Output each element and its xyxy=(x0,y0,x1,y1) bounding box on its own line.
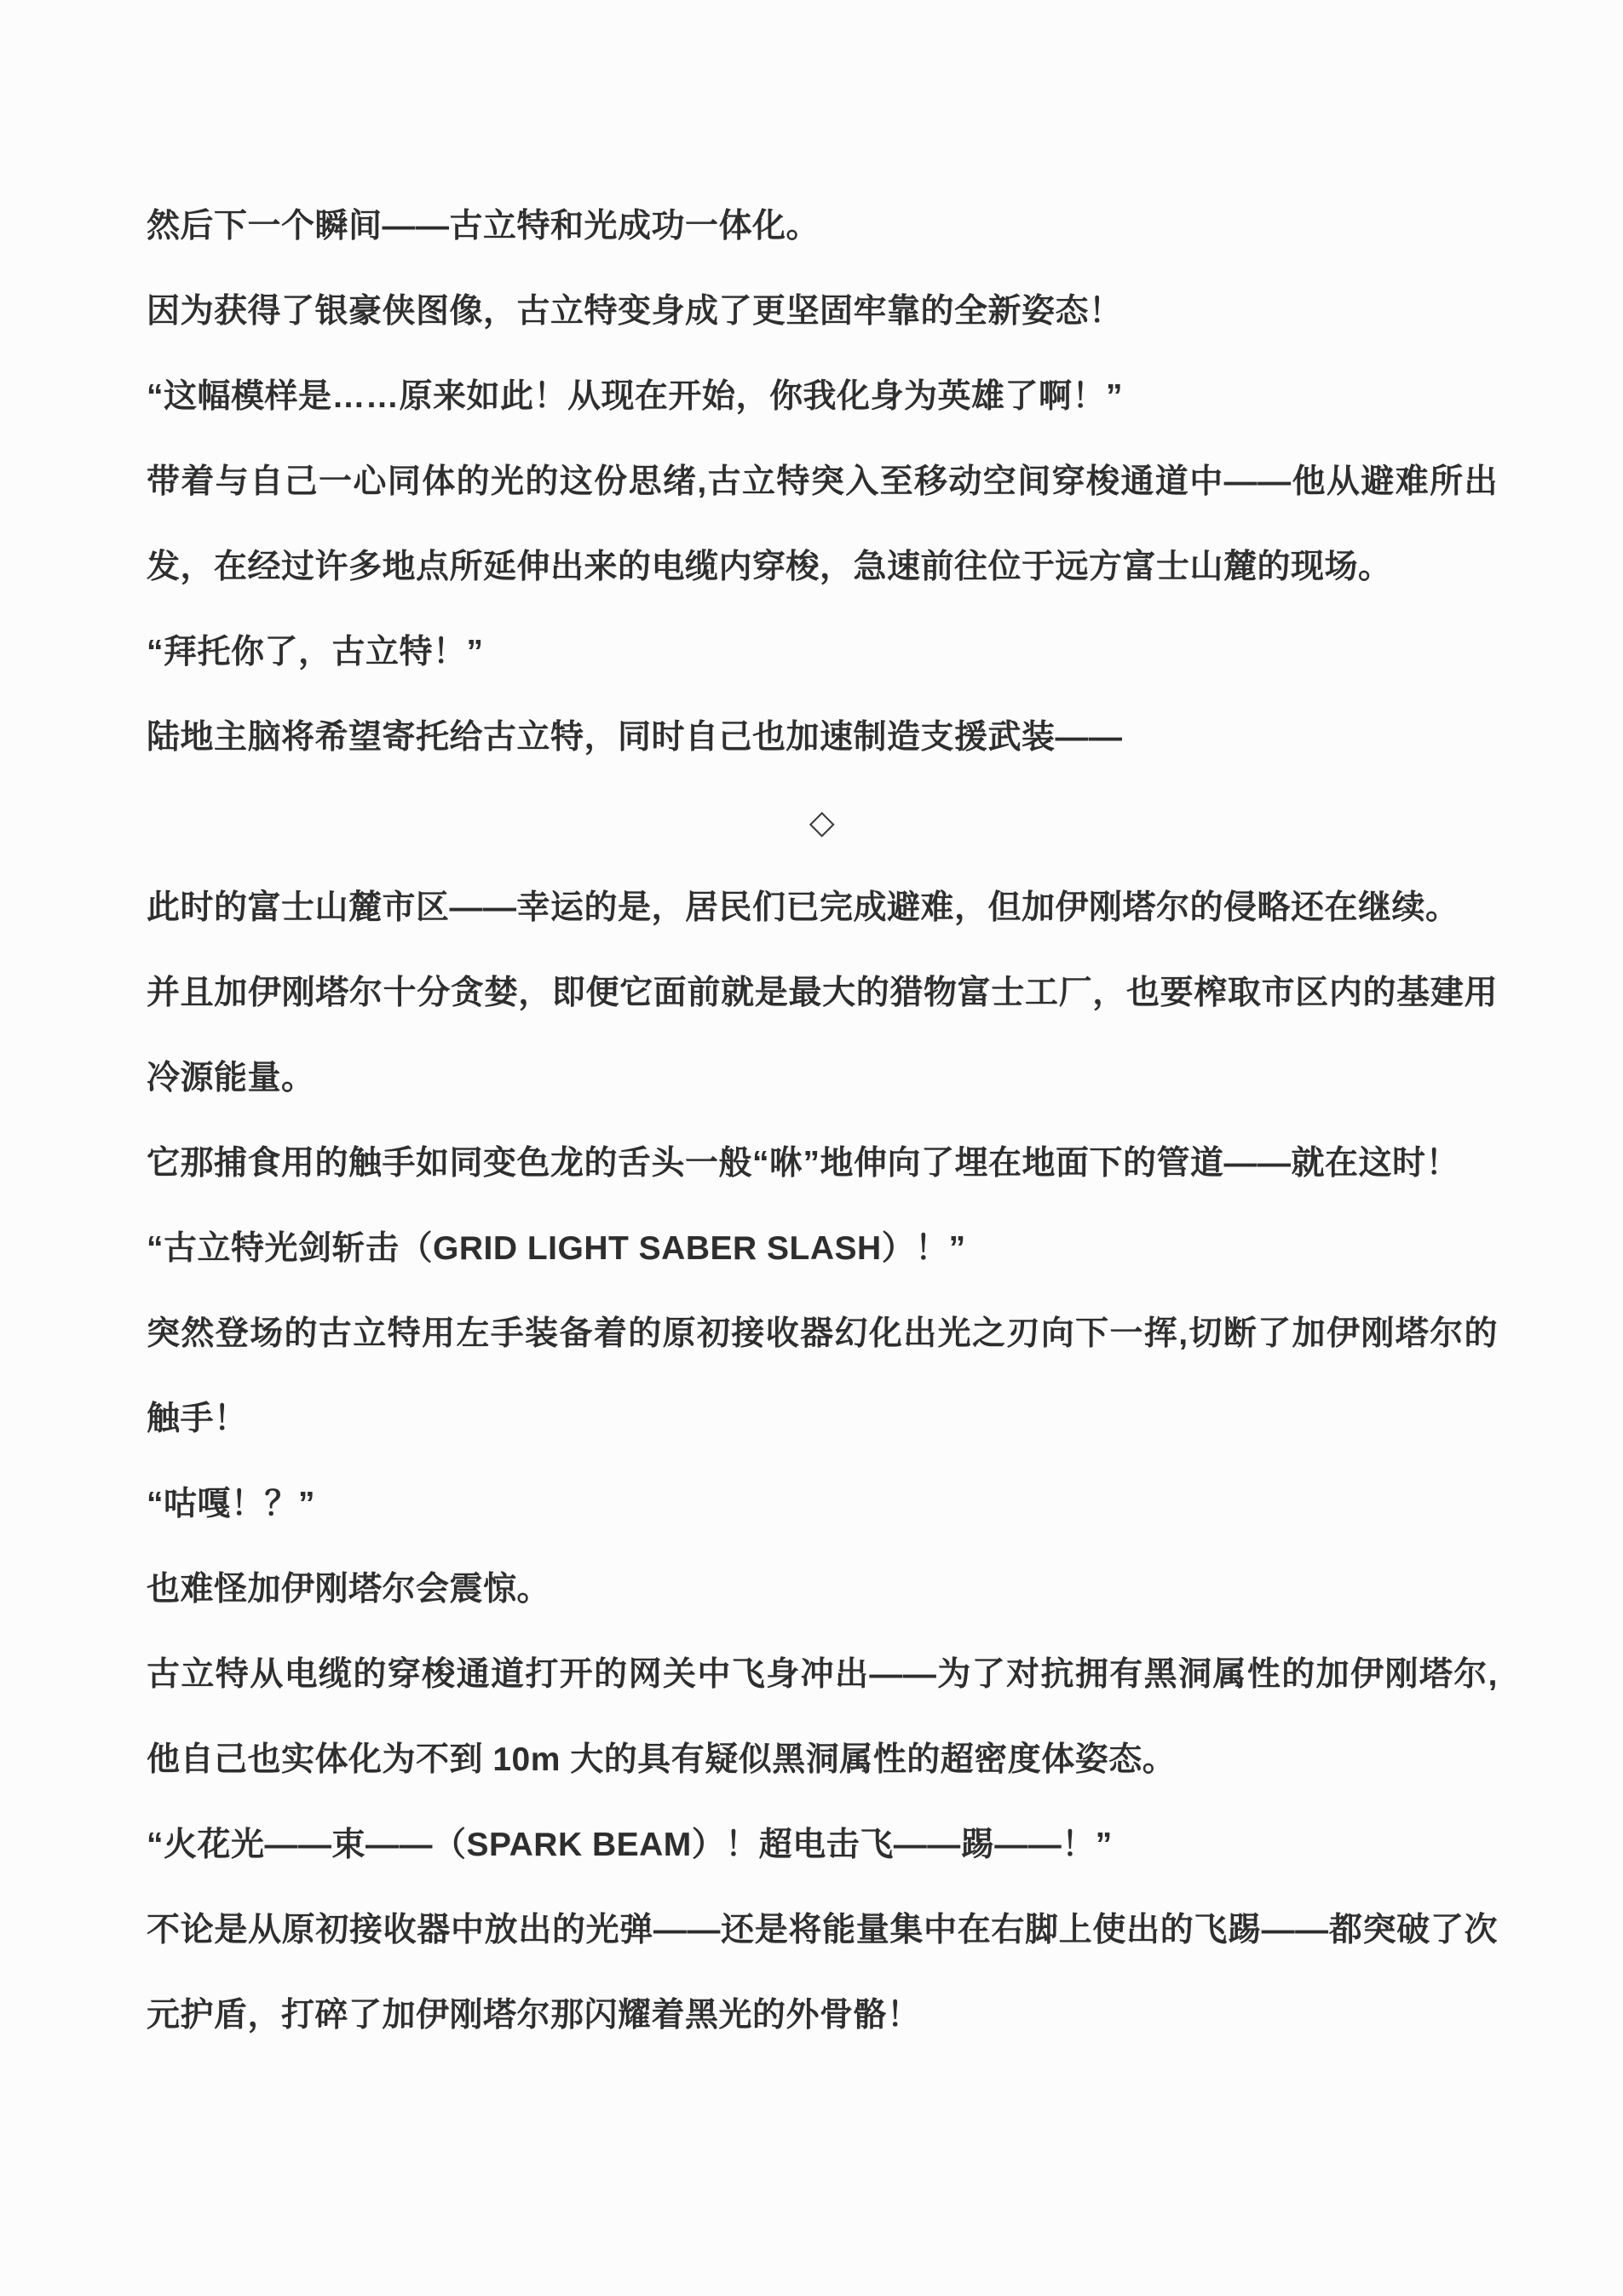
section-divider: ◇ xyxy=(147,780,1498,866)
paragraph: 古立特从电缆的穿梭通道打开的网关中飞身冲出——为了对抗拥有黑洞属性的加伊刚塔尔,… xyxy=(147,1632,1498,1803)
paragraph: 然后下一个瞬间——古立特和光成功一体化。 xyxy=(147,184,1498,269)
dialogue-paragraph: “火花光——束——（SPARK BEAM）！超电击飞——踢——！” xyxy=(147,1803,1498,1888)
paragraph: 也难怪加伊刚塔尔会震惊。 xyxy=(147,1547,1498,1632)
novel-page: { "document": { "language": "zh-CN", "ba… xyxy=(0,0,1623,2296)
paragraph: 并且加伊刚塔尔十分贪婪，即便它面前就是最大的猎物富士工厂，也要榨取市区内的基建用… xyxy=(147,951,1498,1121)
paragraph: 此时的富士山麓市区——幸运的是，居民们已完成避难，但加伊刚塔尔的侵略还在继续。 xyxy=(147,866,1498,951)
paragraph: 突然登场的古立特用左手装备着的原初接收器幻化出光之刃向下一挥,切断了加伊刚塔尔的… xyxy=(147,1292,1498,1462)
paragraph: 不论是从原初接收器中放出的光弹——还是将能量集中在右脚上使出的飞踢——都突破了次… xyxy=(147,1888,1498,2058)
paragraph: 它那捕食用的触手如同变色龙的舌头一般“咻”地伸向了埋在地面下的管道——就在这时！ xyxy=(147,1121,1498,1206)
paragraph: 陆地主脑将希望寄托给古立特，同时自己也加速制造支援武装—— xyxy=(147,695,1498,780)
dialogue-paragraph: “拜托你了，古立特！” xyxy=(147,610,1498,695)
paragraph: 带着与自己一心同体的光的这份思绪,古立特突入至移动空间穿梭通道中——他从避难所出… xyxy=(147,440,1498,610)
novel-text-block: 然后下一个瞬间——古立特和光成功一体化。 因为获得了银豪侠图像，古立特变身成了更… xyxy=(147,184,1498,2058)
dialogue-paragraph: “咕嘎！？” xyxy=(147,1462,1498,1547)
dialogue-paragraph: “古立特光剑斩击（GRID LIGHT SABER SLASH）！” xyxy=(147,1206,1498,1292)
dialogue-paragraph: “这幅模样是……原来如此！从现在开始，你我化身为英雄了啊！” xyxy=(147,354,1498,440)
paragraph: 因为获得了银豪侠图像，古立特变身成了更坚固牢靠的全新姿态！ xyxy=(147,269,1498,354)
